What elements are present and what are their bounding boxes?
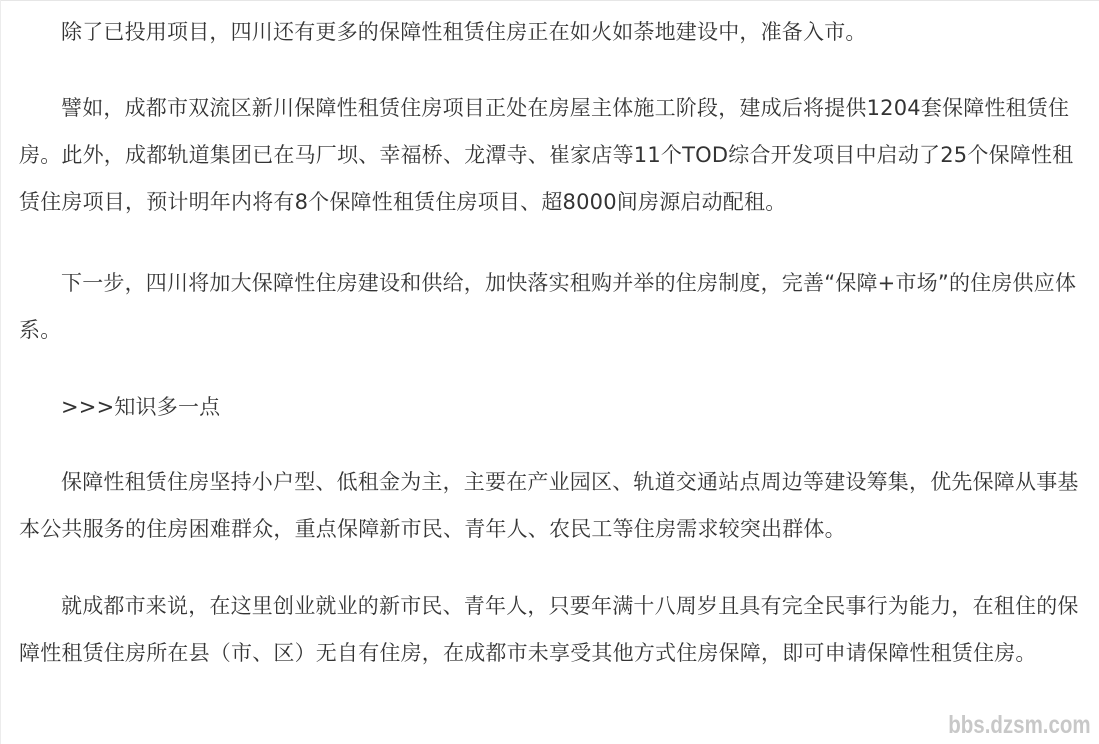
paragraph-eligibility: 就成都市来说，在这里创业就业的新市民、青年人，只要年满十八周岁且具有完全民事行为… xyxy=(19,583,1079,677)
page-left-border xyxy=(0,0,1,744)
paragraph-housing-policy: 保障性租赁住房坚持小户型、低租金为主，主要在产业园区、轨道交通站点周边等建设筹集… xyxy=(19,459,1079,553)
section-heading-knowledge: >>>知识多一点 xyxy=(19,384,1079,431)
paragraph-projects-under-construction: 除了已投用项目，四川还有更多的保障性租赁住房正在如火如荼地建设中，准备入市。 xyxy=(19,9,1079,56)
paragraph-next-steps: 下一步，四川将加大保障性住房建设和供给，加快落实租购并举的住房制度，完善“保障+… xyxy=(19,260,1079,354)
paragraph-chengdu-examples: 譬如，成都市双流区新川保障性租赁住房项目正处在房屋主体施工阶段，建成后将提供12… xyxy=(19,85,1079,226)
site-watermark: bbs.dzsm.com xyxy=(949,711,1091,740)
page-top-border xyxy=(0,0,1099,1)
